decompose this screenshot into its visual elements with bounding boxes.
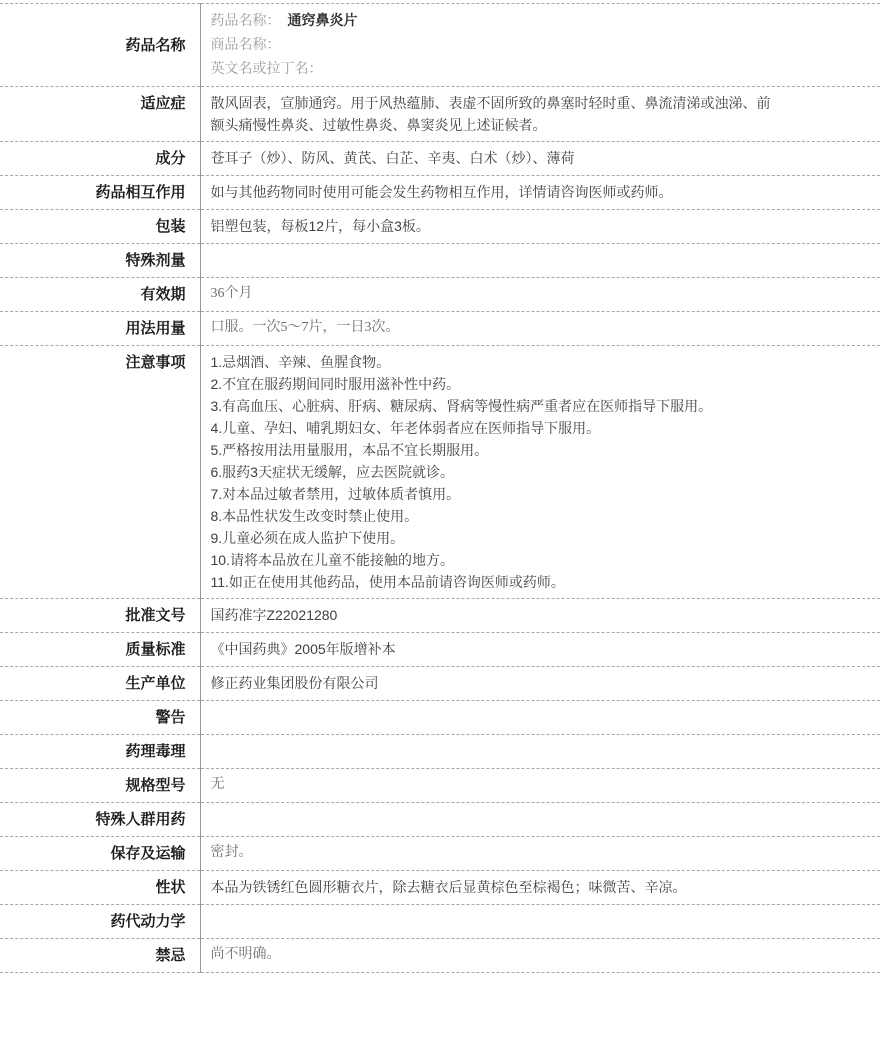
row-content [200, 803, 880, 837]
drug-info-table: 药品名称药品名称：通窍鼻炎片商品名称：英文名或拉丁名：适应症散风固表，宣肺通窍。… [0, 3, 880, 973]
table-row: 适应症散风固表，宣肺通窍。用于风热蕴肺、表虚不固所致的鼻塞时轻时重、鼻流清涕或浊… [0, 87, 880, 142]
row-value-text: 本品为铁锈红色圆形糖衣片，除去糖衣后显黄棕色至棕褐色；味微苦、辛凉。 [211, 876, 869, 898]
field-label: 英文名或拉丁名： [211, 62, 323, 77]
table-row: 有效期36个月 [0, 278, 880, 312]
row-label: 注意事项 [0, 346, 200, 599]
row-content: 无 [200, 769, 880, 803]
table-row: 包装铝塑包装，每板12片，每小盒3板。 [0, 210, 880, 244]
field-value: 通窍鼻炎片 [288, 12, 358, 28]
row-content: 36个月 [200, 278, 880, 312]
drug-name-line: 英文名或拉丁名： [211, 57, 869, 81]
row-label: 包装 [0, 210, 200, 244]
precaution-item: 8.本品性状发生改变时禁止使用。 [211, 505, 869, 527]
empty-cell [211, 910, 869, 930]
row-label: 有效期 [0, 278, 200, 312]
table-row: 禁忌尚不明确。 [0, 939, 880, 973]
row-value-text: 如与其他药物同时使用可能会发生药物相互作用，详情请咨询医师或药师。 [211, 181, 869, 203]
table-row: 质量标准《中国药典》2005年版增补本 [0, 633, 880, 667]
row-label: 适应症 [0, 87, 200, 142]
row-content: 修正药业集团股份有限公司 [200, 667, 880, 701]
precaution-item: 7.对本品过敏者禁用，过敏体质者慎用。 [211, 483, 869, 505]
row-content [200, 905, 880, 939]
drug-info-page: 药品名称药品名称：通窍鼻炎片商品名称：英文名或拉丁名：适应症散风固表，宣肺通窍。… [0, 0, 880, 973]
row-value-text: 修正药业集团股份有限公司 [211, 672, 869, 694]
row-value-text: 铝塑包装，每板12片，每小盒3板。 [211, 215, 869, 237]
row-value-text: 密封。 [211, 842, 869, 864]
row-label: 药品相互作用 [0, 176, 200, 210]
row-content: 如与其他药物同时使用可能会发生药物相互作用，详情请咨询医师或药师。 [200, 176, 880, 210]
row-label: 保存及运输 [0, 837, 200, 871]
row-content [200, 735, 880, 769]
row-content [200, 244, 880, 278]
table-row: 用法用量口服。一次5～7片，一日3次。 [0, 312, 880, 346]
row-value-text: 《中国药典》2005年版增补本 [211, 638, 869, 660]
row-label: 禁忌 [0, 939, 200, 973]
precaution-item: 11.如正在使用其他药品，使用本品前请咨询医师或药师。 [211, 571, 869, 593]
empty-cell [211, 740, 869, 760]
table-row: 规格型号无 [0, 769, 880, 803]
empty-cell [211, 808, 869, 828]
row-label: 规格型号 [0, 769, 200, 803]
row-content: 苍耳子（炒）、防风、黄芪、白芷、辛夷、白术（炒）、薄荷 [200, 142, 880, 176]
row-value-text: 36个月 [211, 283, 869, 305]
row-value-text: 口服。一次5～7片，一日3次。 [211, 317, 869, 339]
drug-name-line: 药品名称：通窍鼻炎片 [211, 9, 869, 33]
table-row: 批准文号国药准字Z22021280 [0, 599, 880, 633]
drug-info-table-body: 药品名称药品名称：通窍鼻炎片商品名称：英文名或拉丁名：适应症散风固表，宣肺通窍。… [0, 4, 880, 973]
row-label: 特殊剂量 [0, 244, 200, 278]
row-label: 药理毒理 [0, 735, 200, 769]
precaution-item: 9.儿童必须在成人监护下使用。 [211, 527, 869, 549]
row-content: 本品为铁锈红色圆形糖衣片，除去糖衣后显黄棕色至棕褐色；味微苦、辛凉。 [200, 871, 880, 905]
empty-cell [211, 706, 869, 726]
row-label: 用法用量 [0, 312, 200, 346]
row-content: 《中国药典》2005年版增补本 [200, 633, 880, 667]
row-label: 药品名称 [0, 4, 200, 87]
table-row: 特殊剂量 [0, 244, 880, 278]
row-label: 质量标准 [0, 633, 200, 667]
row-value-text: 国药准字Z22021280 [211, 604, 869, 626]
row-value-text: 无 [211, 774, 869, 796]
row-label: 性状 [0, 871, 200, 905]
row-label: 成分 [0, 142, 200, 176]
row-content: 口服。一次5～7片，一日3次。 [200, 312, 880, 346]
table-row: 性状本品为铁锈红色圆形糖衣片，除去糖衣后显黄棕色至棕褐色；味微苦、辛凉。 [0, 871, 880, 905]
row-label: 药代动力学 [0, 905, 200, 939]
row-label: 生产单位 [0, 667, 200, 701]
row-content: 散风固表，宣肺通窍。用于风热蕴肺、表虚不固所致的鼻塞时轻时重、鼻流清涕或浊涕、前… [200, 87, 880, 142]
table-row: 药代动力学 [0, 905, 880, 939]
row-value-text: 苍耳子（炒）、防风、黄芪、白芷、辛夷、白术（炒）、薄荷 [211, 147, 869, 169]
row-content: 国药准字Z22021280 [200, 599, 880, 633]
row-content: 铝塑包装，每板12片，每小盒3板。 [200, 210, 880, 244]
row-content: 尚不明确。 [200, 939, 880, 973]
row-label: 特殊人群用药 [0, 803, 200, 837]
precaution-item: 1.忌烟酒、辛辣、鱼腥食物。 [211, 351, 869, 373]
row-label: 警告 [0, 701, 200, 735]
row-content: 1.忌烟酒、辛辣、鱼腥食物。2.不宜在服药期间同时服用滋补性中药。3.有高血压、… [200, 346, 880, 599]
table-row: 生产单位修正药业集团股份有限公司 [0, 667, 880, 701]
table-row: 药品相互作用如与其他药物同时使用可能会发生药物相互作用，详情请咨询医师或药师。 [0, 176, 880, 210]
table-row: 保存及运输密封。 [0, 837, 880, 871]
precaution-item: 3.有高血压、心脏病、肝病、糖尿病、肾病等慢性病严重者应在医师指导下服用。 [211, 395, 869, 417]
drug-name-line: 商品名称： [211, 33, 869, 57]
row-content: 密封。 [200, 837, 880, 871]
row-content: 药品名称：通窍鼻炎片商品名称：英文名或拉丁名： [200, 4, 880, 87]
row-value-text: 散风固表，宣肺通窍。用于风热蕴肺、表虚不固所致的鼻塞时轻时重、鼻流清涕或浊涕、前… [211, 92, 869, 136]
row-value-text: 尚不明确。 [211, 944, 869, 966]
table-row: 注意事项1.忌烟酒、辛辣、鱼腥食物。2.不宜在服药期间同时服用滋补性中药。3.有… [0, 346, 880, 599]
precaution-item: 2.不宜在服药期间同时服用滋补性中药。 [211, 373, 869, 395]
precaution-item: 6.服药3天症状无缓解，应去医院就诊。 [211, 461, 869, 483]
precaution-item: 10.请将本品放在儿童不能接触的地方。 [211, 549, 869, 571]
row-label: 批准文号 [0, 599, 200, 633]
empty-cell [211, 249, 869, 269]
table-row: 成分苍耳子（炒）、防风、黄芪、白芷、辛夷、白术（炒）、薄荷 [0, 142, 880, 176]
field-label: 药品名称： [211, 14, 281, 29]
precaution-item: 5.严格按用法用量服用，本品不宜长期服用。 [211, 439, 869, 461]
table-row: 药理毒理 [0, 735, 880, 769]
field-label: 商品名称： [211, 38, 281, 53]
table-row: 警告 [0, 701, 880, 735]
table-row: 药品名称药品名称：通窍鼻炎片商品名称：英文名或拉丁名： [0, 4, 880, 87]
precaution-item: 4.儿童、孕妇、哺乳期妇女、年老体弱者应在医师指导下服用。 [211, 417, 869, 439]
row-content [200, 701, 880, 735]
table-row: 特殊人群用药 [0, 803, 880, 837]
